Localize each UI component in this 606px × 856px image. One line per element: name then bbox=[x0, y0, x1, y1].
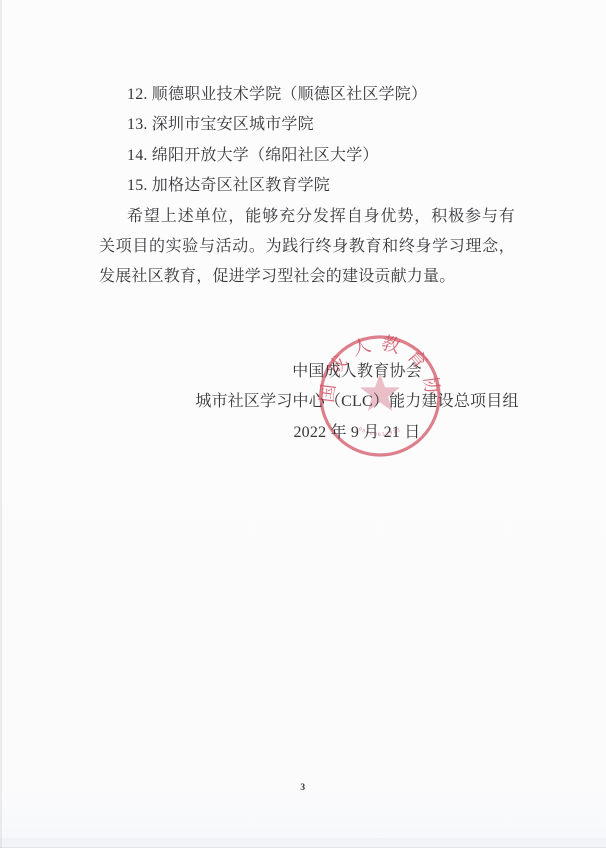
scan-edge-left bbox=[0, 0, 2, 856]
signature-group: 城市社区学习中心（CLC）能力建设总项目组 bbox=[107, 387, 606, 417]
signature-block: 中国成人教育协会 城市社区学习中心（CLC）能力建设总项目组 2022 年 9 … bbox=[107, 357, 606, 448]
closing-paragraph: 希望上述单位，能够充分发挥自身优势，积极参与有关项目的实验与活动。为践行终身教育… bbox=[99, 202, 515, 293]
list-item: 12. 顺德职业技术学院（顺德区社区学院） bbox=[99, 80, 515, 110]
scan-strip-bottom bbox=[0, 848, 606, 856]
document-body: 12. 顺德职业技术学院（顺德区社区学院） 13. 深圳市宝安区城市学院 14.… bbox=[99, 80, 515, 293]
signature-org: 中国成人教育协会 bbox=[107, 357, 606, 387]
list-item: 13. 深圳市宝安区城市学院 bbox=[99, 110, 515, 140]
document-page: 12. 顺德职业技术学院（顺德区社区学院） 13. 深圳市宝安区城市学院 14.… bbox=[0, 0, 606, 856]
scan-edge-bottom bbox=[0, 838, 606, 848]
list-item: 14. 绵阳开放大学（绵阳社区大学） bbox=[99, 141, 515, 171]
list-item: 15. 加格达奇区社区教育学院 bbox=[99, 171, 515, 201]
page-number: 3 bbox=[0, 783, 606, 793]
signature-date: 2022 年 9 月 21 日 bbox=[107, 418, 606, 448]
